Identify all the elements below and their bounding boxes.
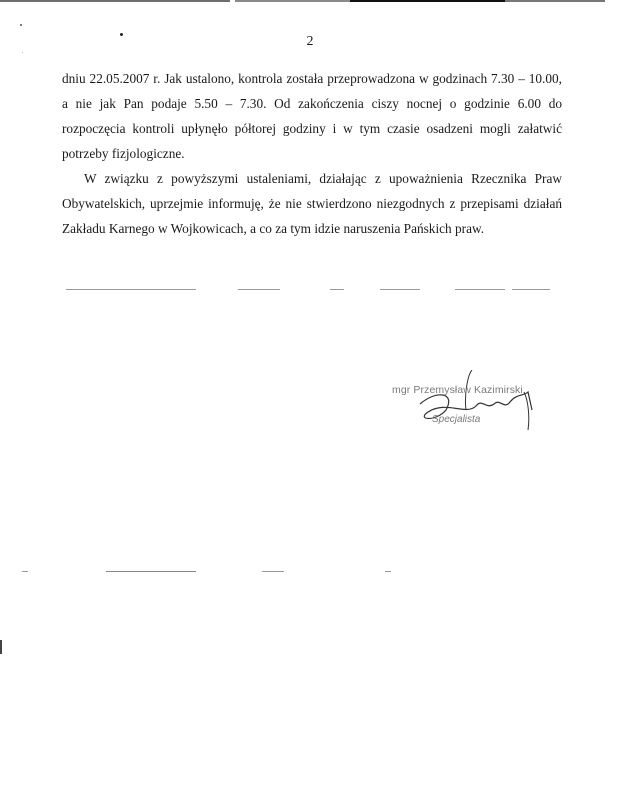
scan-speck <box>22 52 23 53</box>
scan-speck <box>20 24 22 26</box>
signature-stamp: mgr Przemysław Kazimirski Specjalista <box>388 378 538 434</box>
paragraph: W związku z powyższymi ustaleniami, dzia… <box>62 166 562 241</box>
handwritten-signature-icon <box>406 370 536 436</box>
scan-edge-mark <box>0 640 2 654</box>
letter-body: dniu 22.05.2007 r. Jak ustalono, kontrol… <box>62 66 562 241</box>
paragraph: dniu 22.05.2007 r. Jak ustalono, kontrol… <box>62 66 562 166</box>
signatory-name: mgr Przemysław Kazimirski <box>392 384 523 396</box>
scan-top-edge <box>0 0 620 3</box>
scan-artifact-line <box>0 289 620 290</box>
scan-artifact-line <box>0 571 620 572</box>
page-number: 2 <box>0 34 620 50</box>
signatory-title: Specjalista <box>432 414 480 425</box>
